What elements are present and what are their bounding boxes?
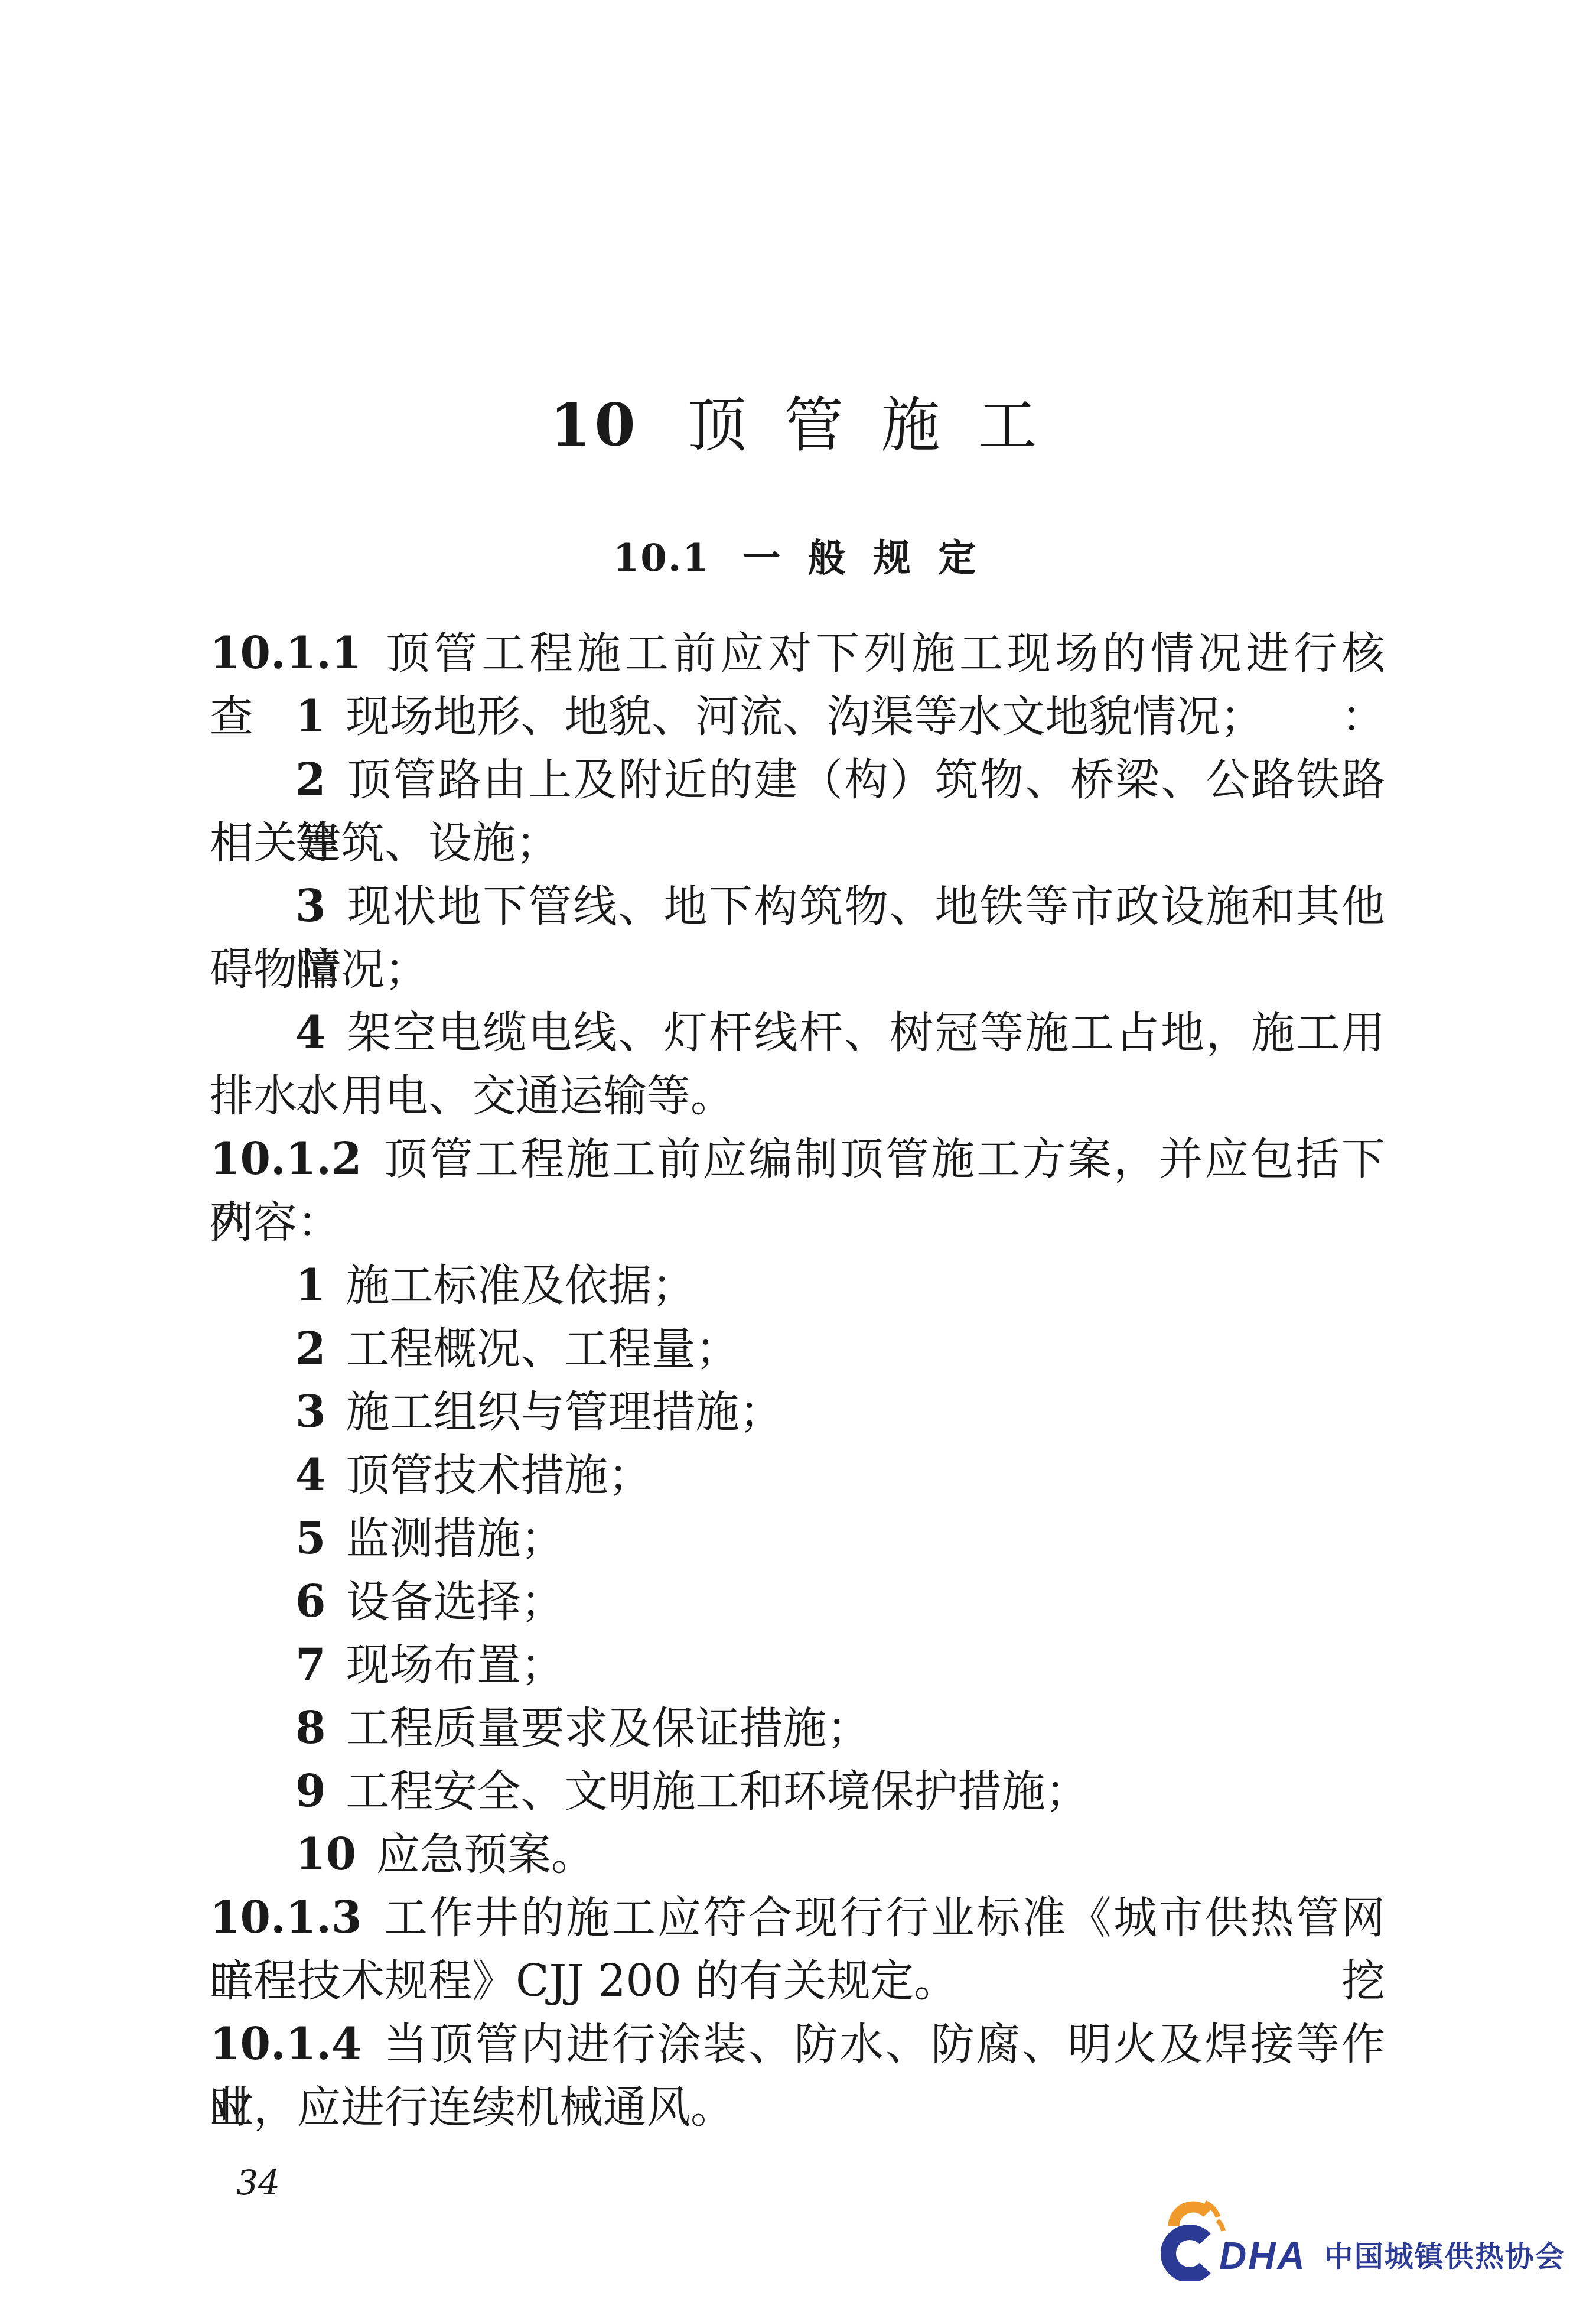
item-number: 1: [295, 1260, 326, 1311]
continuation-text: 碍物情况；: [210, 944, 428, 995]
item-line: 7现场布置；: [210, 1634, 1385, 1697]
item-number: 8: [295, 1703, 326, 1754]
item-text: 设备选择；: [346, 1576, 565, 1627]
clause-line: 10.1.3工作井的施工应符合现行行业标准《城市供热管网暗挖: [210, 1887, 1385, 1950]
item-number: 4: [295, 1007, 326, 1058]
item-number: 2: [295, 755, 326, 805]
section-title-text: 一 般 规 定: [736, 536, 983, 580]
page-number: 34: [236, 2164, 280, 2202]
continuation-text: 相关建筑、设施；: [210, 818, 559, 869]
item-line: 2工程概况、工程量；: [210, 1318, 1385, 1381]
item-text: 工程质量要求及保证措施；: [346, 1703, 871, 1754]
item-number: 3: [295, 1387, 326, 1438]
document-page: 10顶 管 施 工 10.1一 般 规 定 10.1.1顶管工程施工前应对下列施…: [0, 0, 1596, 2312]
item-line: 4顶管技术措施；: [210, 1444, 1385, 1507]
logo-org-name: 中国城镇供热协会: [1324, 2243, 1565, 2272]
item-number: 3: [295, 881, 326, 932]
cdha-logo-icon: [1159, 2198, 1229, 2281]
item-text: 监测措施；: [346, 1513, 565, 1564]
item-text: 应急预案。: [376, 1829, 595, 1880]
continuation-line: 排水、用电、交通运输等。: [210, 1065, 1385, 1128]
continuation-line: 时，应进行连续机械通风。: [210, 2076, 1385, 2139]
continuation-text: 时，应进行连续机械通风。: [210, 2082, 734, 2133]
item-line: 1施工标准及依据；: [210, 1254, 1385, 1318]
item-number: 4: [295, 1450, 326, 1501]
item-text: 现场布置；: [346, 1640, 565, 1690]
chapter-number: 10: [550, 390, 639, 460]
chapter-title-text: 顶 管 施 工: [678, 391, 1046, 460]
item-line: 3现状地下管线、地下构筑物、地铁等市政设施和其他障: [210, 875, 1385, 938]
item-text: 现场地形、地貌、河流、沟渠等水文地貌情况；: [346, 691, 1264, 742]
continuation-line: 碍物情况；: [210, 938, 1385, 1001]
continuation-text: 内容：: [210, 1197, 341, 1248]
section-number: 10.1: [613, 536, 710, 580]
chapter-title: 10顶 管 施 工: [0, 392, 1596, 458]
item-line: 6设备选择；: [210, 1570, 1385, 1634]
clause-line: 10.1.4当顶管内进行涂装、防水、防腐、明火及焊接等作业: [210, 2013, 1385, 2076]
body-text: 10.1.1顶管工程施工前应对下列施工现场的情况进行核查： 1现场地形、地貌、河…: [210, 622, 1385, 2139]
item-line: 5监测措施；: [210, 1507, 1385, 1570]
continuation-text: 工程技术规程》CJJ 200 的有关规定。: [210, 1956, 957, 2007]
item-text: 施工标准及依据；: [346, 1260, 696, 1311]
item-number: 6: [295, 1576, 326, 1627]
clause-number: 10.1.2: [210, 1134, 361, 1185]
item-line: 9工程安全、文明施工和环境保护措施；: [210, 1760, 1385, 1823]
item-text: 工程概况、工程量；: [346, 1324, 740, 1374]
item-line: 8工程质量要求及保证措施；: [210, 1697, 1385, 1760]
item-line: 2顶管路由上及附近的建（构）筑物、桥梁、公路铁路等: [210, 749, 1385, 812]
clause-number: 10.1.1: [210, 628, 361, 679]
logo-acronym: DHA: [1219, 2237, 1307, 2275]
item-text: 顶管技术措施；: [346, 1450, 652, 1501]
org-logo: DHA 中国城镇供热协会: [1159, 2198, 1565, 2281]
item-line: 3施工组织与管理措施；: [210, 1381, 1385, 1444]
item-line: 10应急预案。: [210, 1823, 1385, 1887]
item-line: 4架空电缆电线、灯杆线杆、树冠等施工占地，施工用水: [210, 1001, 1385, 1065]
item-number: 1: [295, 691, 326, 742]
continuation-text: 排水、用电、交通运输等。: [210, 1071, 734, 1121]
clause-line: 10.1.1顶管工程施工前应对下列施工现场的情况进行核查：: [210, 622, 1385, 685]
clause-number: 10.1.3: [210, 1892, 361, 1943]
item-text: 施工组织与管理措施；: [346, 1387, 783, 1438]
item-number: 7: [295, 1640, 326, 1690]
clause-line: 10.1.2顶管工程施工前应编制顶管施工方案，并应包括下列: [210, 1128, 1385, 1191]
clause-number: 10.1.4: [210, 2019, 361, 2070]
continuation-line: 内容：: [210, 1191, 1385, 1254]
item-number: 2: [295, 1324, 326, 1374]
item-number: 9: [295, 1766, 326, 1817]
section-title: 10.1一 般 规 定: [0, 536, 1596, 580]
item-line: 1现场地形、地貌、河流、沟渠等水文地貌情况；: [210, 685, 1385, 749]
item-number: 10: [295, 1829, 356, 1880]
item-number: 5: [295, 1513, 326, 1564]
item-text: 工程安全、文明施工和环境保护措施；: [346, 1766, 1089, 1817]
continuation-line: 相关建筑、设施；: [210, 812, 1385, 875]
